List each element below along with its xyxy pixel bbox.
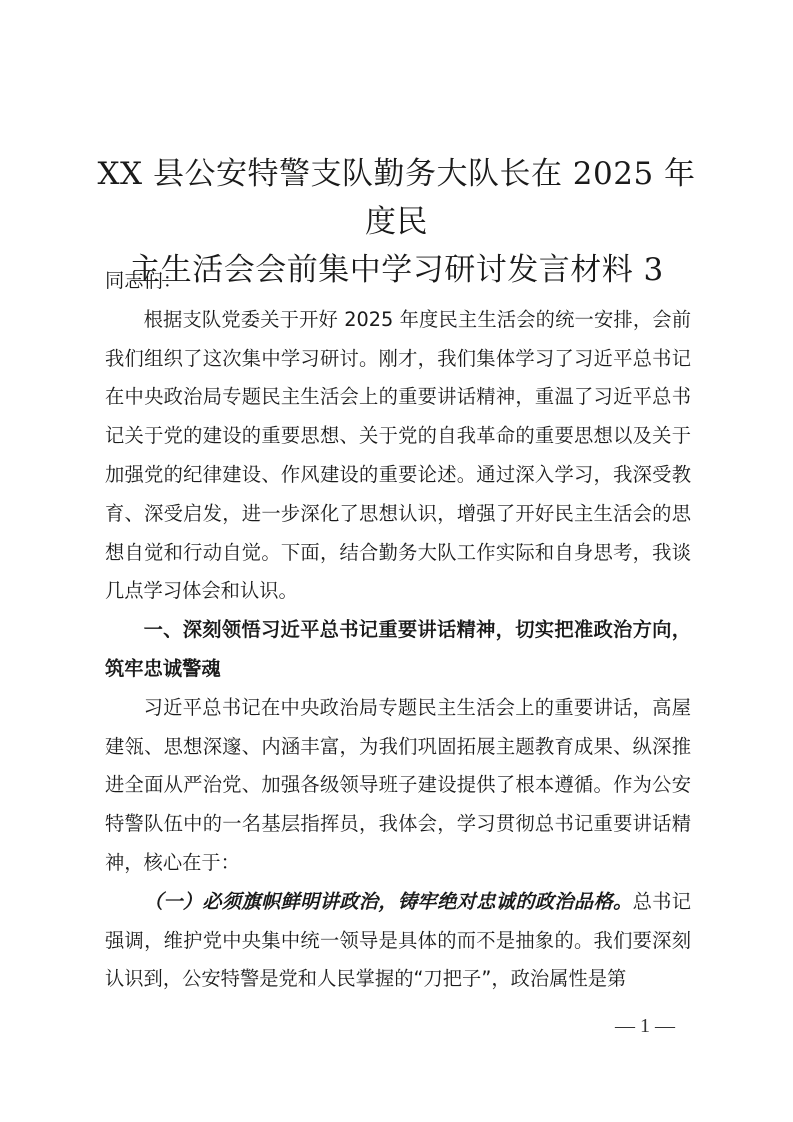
section-heading-1: 一、深刻领悟习近平总书记重要讲话精神，切实把准政治方向，筑牢忠诚警魂 <box>105 611 691 689</box>
document-body: 同志们： 根据支队党委关于开好 2025 年度民主生活会的统一安排，会前我们组织… <box>105 262 691 999</box>
intro-paragraph: 根据支队党委关于开好 2025 年度民主生活会的统一安排，会前我们组织了这次集中… <box>105 301 691 611</box>
section-1-paragraph: 习近平总书记在中央政治局专题民主生活会上的重要讲话，高屋建瓴、思想深邃、内涵丰富… <box>105 689 691 883</box>
document-page: XX 县公安特警支队勤务大队长在 2025 年度民 主生活会会前集中学习研讨发言… <box>0 0 793 1122</box>
salutation: 同志们： <box>105 262 691 301</box>
page-number: — 1 — <box>600 1015 690 1038</box>
title-line-1: XX 县公安特警支队勤务大队长在 2025 年度民 <box>90 150 703 246</box>
sub-point-1-lead: （一）必须旗帜鲜明讲政治，铸牢绝对忠诚的政治品格。 <box>144 890 633 913</box>
sub-point-1: （一）必须旗帜鲜明讲政治，铸牢绝对忠诚的政治品格。总书记强调，维护党中央集中统一… <box>105 883 691 999</box>
